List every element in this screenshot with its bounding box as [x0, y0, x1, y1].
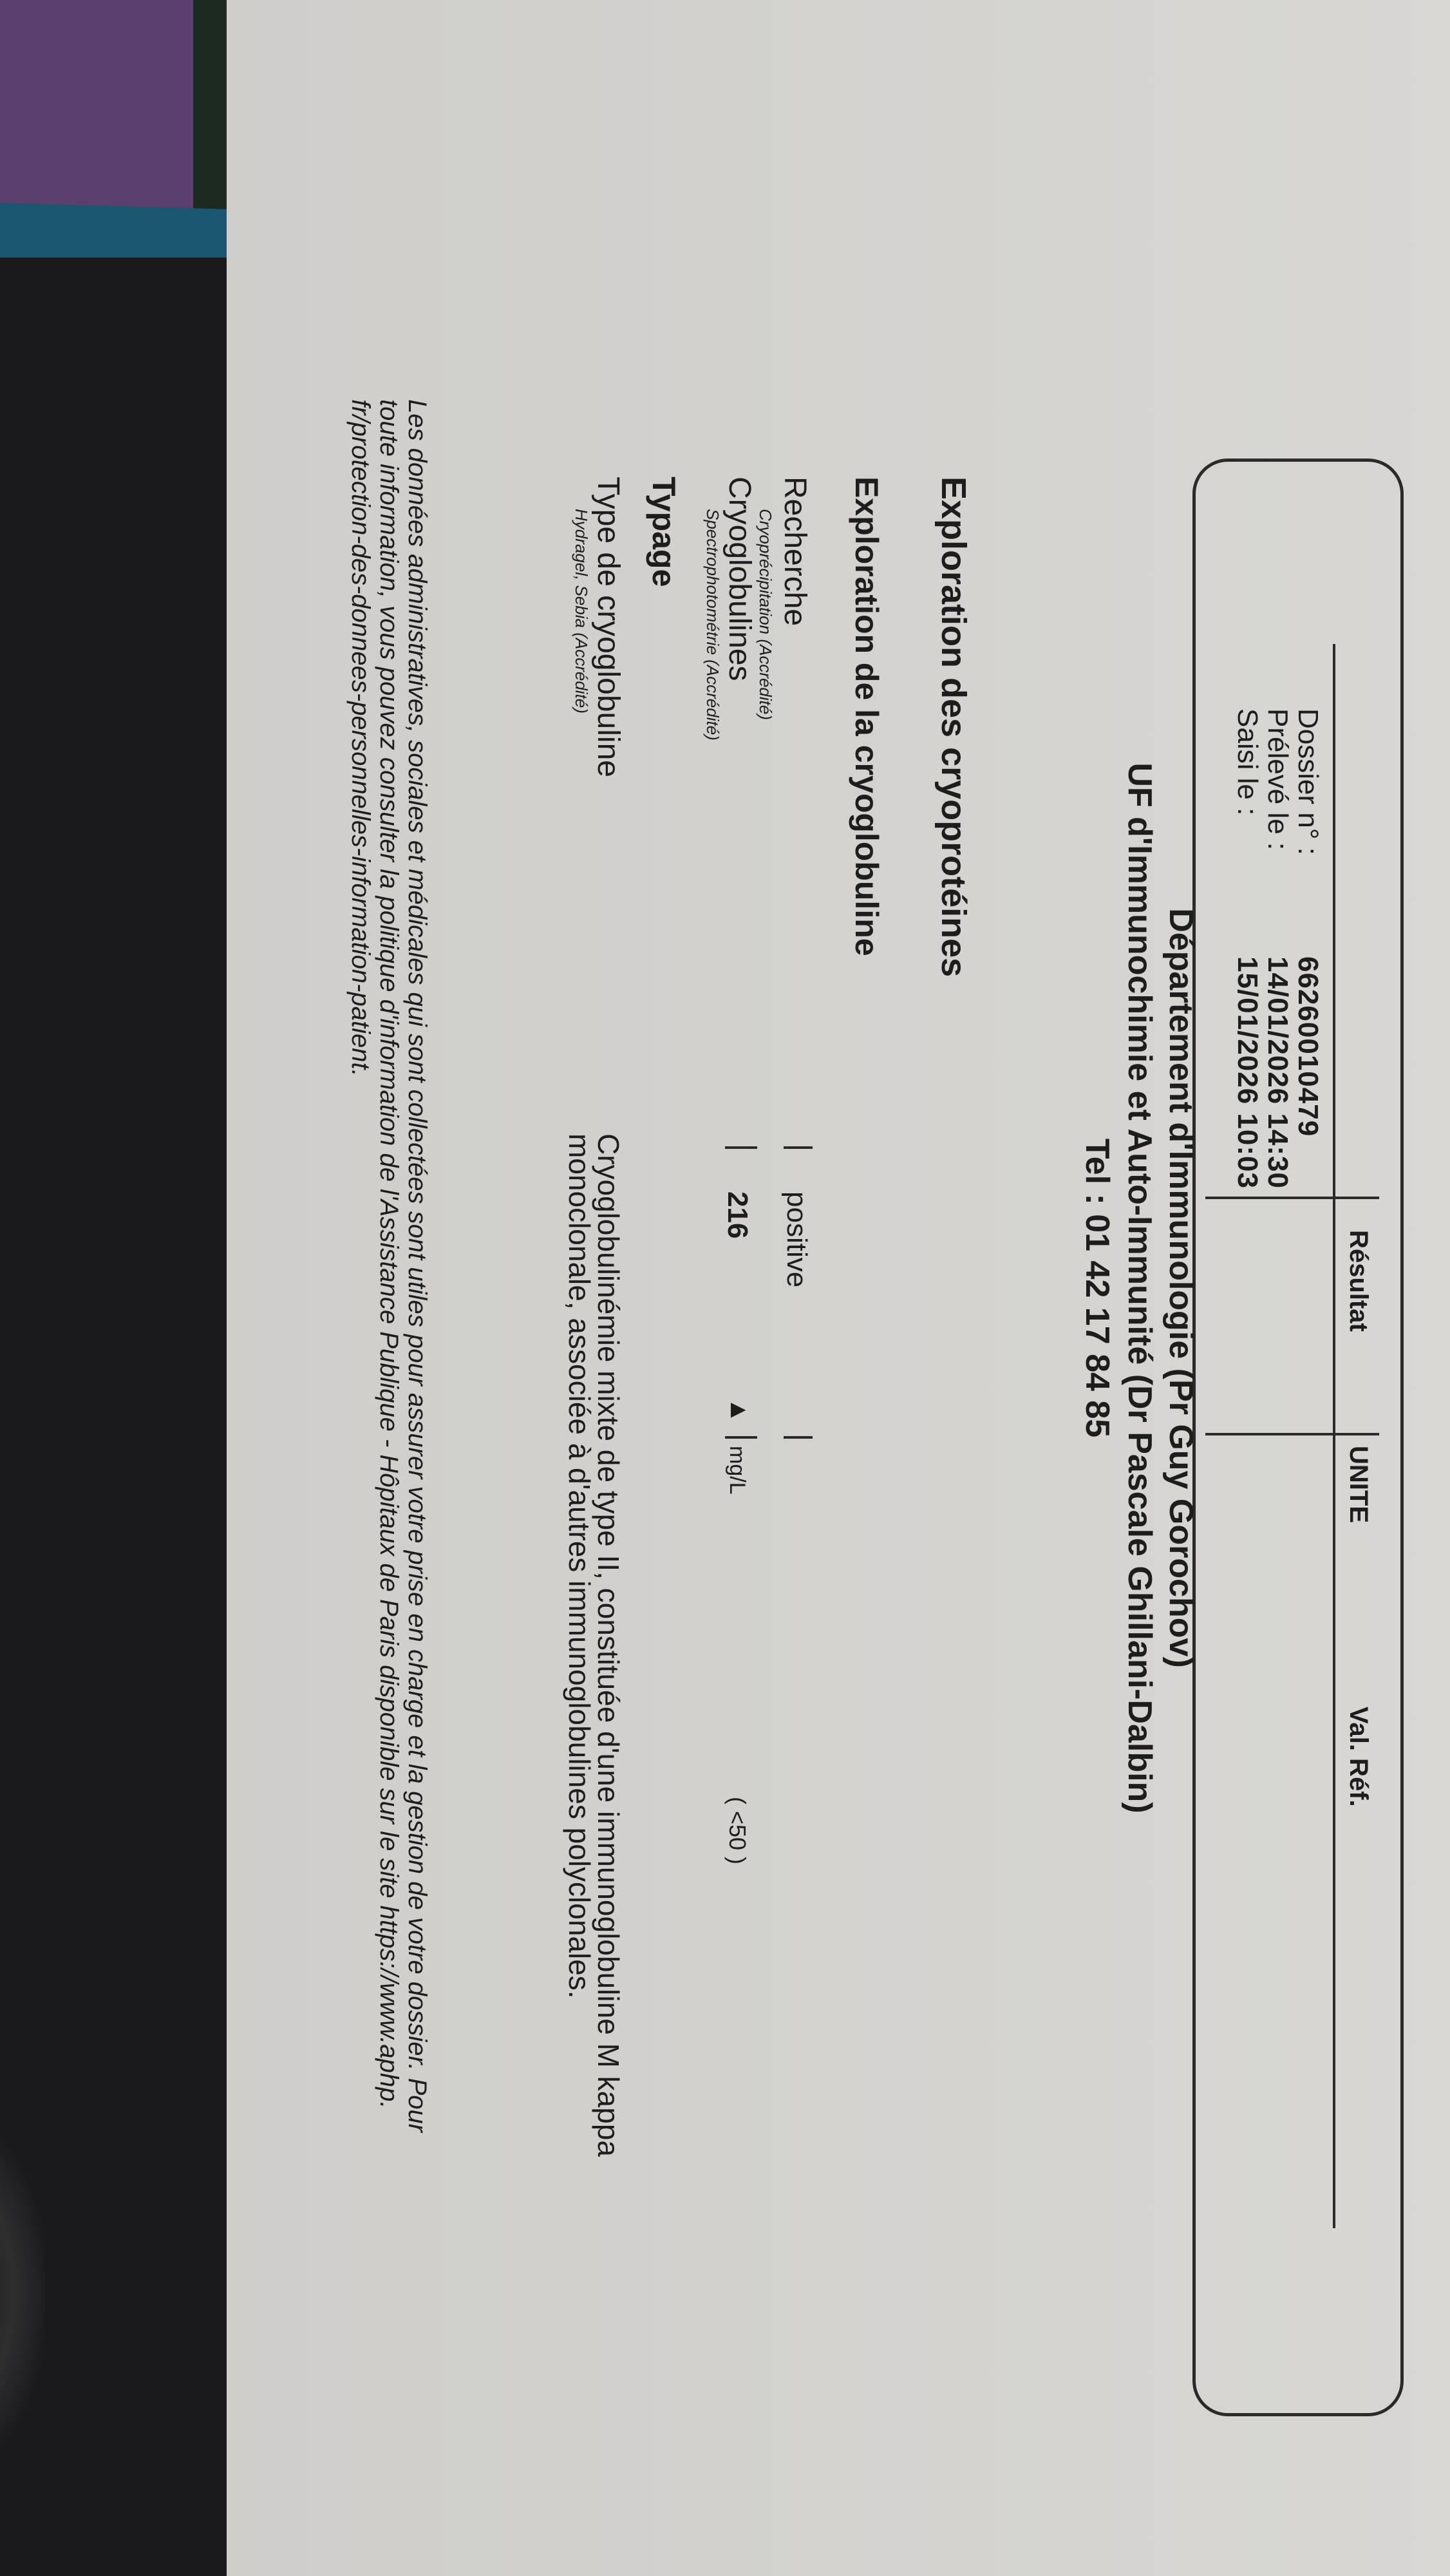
- department-title: Département d'Immunologie (Pr Guy Goroch…: [1162, 0, 1200, 2576]
- header-divider: [1333, 644, 1335, 2228]
- unit-cryoglobulines: mg/L: [724, 1446, 749, 1495]
- result-cryoglobulines: 216: [721, 1191, 753, 1238]
- saisi-label: Saisi le :: [1231, 708, 1263, 815]
- subsection-title-cryoglobuline: Exploration de la cryoglobuline: [848, 477, 885, 956]
- test-method-cryoglobulines: Spectrophotométrie (Accrédité): [702, 509, 722, 741]
- column-divider-1: [1205, 1197, 1379, 1199]
- column-divider-2: [1205, 1433, 1379, 1435]
- dossier-value: 66260010479: [1292, 956, 1324, 1137]
- footer-line-2: toute information, vous pouvez consulter…: [374, 399, 403, 2109]
- rule-right-cryoglobulines: [725, 1436, 757, 1439]
- result-recherche: positive: [780, 1191, 813, 1287]
- subsection-title-typage: Typage: [645, 477, 683, 587]
- finger-shadow: [0, 2125, 45, 2460]
- column-header-unit: UNITE: [1344, 1446, 1373, 1523]
- column-header-result: Résultat: [1344, 1230, 1373, 1332]
- preleve-value: 14/01/2026 14:30: [1261, 956, 1294, 1189]
- saisi-value: 15/01/2026 10:03: [1231, 956, 1263, 1189]
- section-title: Exploration des cryoprotéines: [934, 477, 974, 977]
- test-method-type: Hydragel, Sebia (Accrédité): [571, 509, 591, 714]
- column-header-reference: Val. Réf.: [1344, 1707, 1373, 1807]
- test-name-cryoglobulines: Cryoglobulines: [722, 477, 757, 681]
- dossier-label: Dossier n° :: [1292, 708, 1324, 855]
- rule-left-cryoglobulines: [725, 1146, 757, 1149]
- footer-line-1: Les données administratives, sociales et…: [402, 399, 431, 2132]
- department-phone: Tel : 01 42 17 84 85: [1078, 0, 1116, 2576]
- rule-right-recherche: [784, 1436, 813, 1439]
- lab-report-page: Résultat UNITE Val. Réf. Dossier n° : 66…: [0, 0, 1450, 2576]
- footer-line-3: fr/protection-des-donnees-personnelles-i…: [346, 399, 375, 1077]
- test-name-recherche: Recherche: [777, 477, 813, 626]
- rule-left-recherche: [784, 1146, 813, 1149]
- test-name-type: Type de cryoglobuline: [590, 477, 626, 777]
- preleve-label: Prélevé le :: [1261, 708, 1294, 850]
- high-flag-icon: ▲: [724, 1397, 753, 1423]
- reference-cryoglobulines: ( <50 ): [724, 1797, 751, 1864]
- typage-result-line-2: monoclonale, associée à d'autres immunog…: [562, 1133, 597, 1999]
- unit-title: UF d'Immunochimie et Auto-Immunité (Dr P…: [1120, 0, 1159, 2576]
- test-method-recherche: Cryoprécipitation (Accrédité): [755, 509, 775, 720]
